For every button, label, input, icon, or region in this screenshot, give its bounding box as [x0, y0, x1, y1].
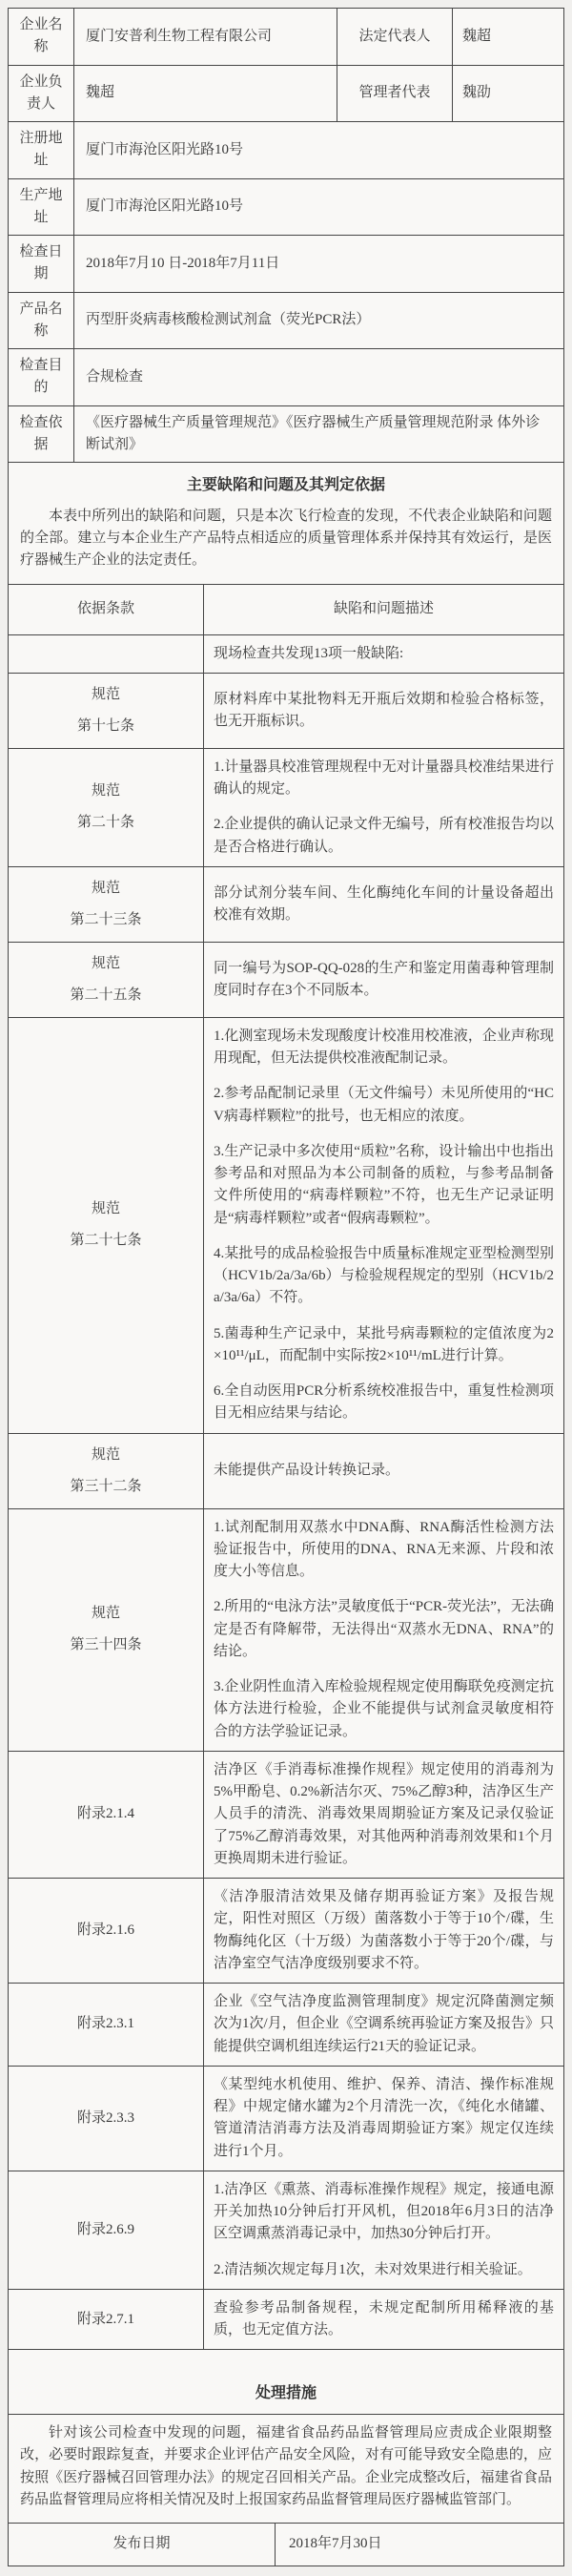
defect-row: 规范 第二十条1.计量器具校准管理规程中无对计量器具校准结果进行确认的规定。2.…: [9, 748, 564, 866]
actions-section: 处理措施 针对该公司检查中发现的问题，福建省食品药品监督管理局应责成企业限期整改…: [8, 2349, 564, 2524]
defect-item: 6.全自动医用PCR分析系统校准报告中，重复性检测项目无相应结果与结论。: [214, 1381, 554, 1425]
clause-cell: 规范 第二十五条: [9, 942, 204, 1017]
clause-cell: 规范 第二十七条: [9, 1017, 204, 1433]
defect-description-cell: 未能提供产品设计转换记录。: [204, 1433, 564, 1508]
info-row: 检查日期2018年7月10 日-2018年7月11日: [9, 236, 564, 293]
info-row: 检查目的合规检查: [9, 349, 564, 406]
defect-item: 部分试剂分装车间、生化酶纯化车间的计量设备超出校准有效期。: [214, 883, 554, 927]
defect-row: 规范 第二十七条1.化测室现场未发现酸度计校准用校准液，企业声称现用现配，但无法…: [9, 1017, 564, 1433]
publish-date-value: 2018年7月30日: [276, 2524, 564, 2566]
info-label: 管理者代表: [337, 65, 453, 122]
defects-section-title: 主要缺陷和问题及其判定依据: [20, 474, 552, 498]
defect-description-cell: 企业《空气洁净度监测管理制度》规定沉降菌测定频次为1次/月，但企业《空调系统再验…: [204, 1984, 564, 2067]
info-label: 检查日期: [9, 236, 74, 293]
defect-description-cell: 1.计量器具校准管理规程中无对计量器具校准结果进行确认的规定。2.企业提供的确认…: [204, 748, 564, 866]
clause-cell: 附录2.7.1: [9, 2289, 204, 2350]
defect-item: 1.试剂配制用双蒸水中DNA酶、RNA酶活性检测方法验证报告中，所使用的DNA、…: [214, 1517, 554, 1584]
clause-cell: 规范 第三十二条: [9, 1433, 204, 1508]
info-row: 生产地址厦门市海沧区阳光路10号: [9, 178, 564, 236]
clause-cell: [9, 634, 204, 673]
info-value: 2018年7月10 日-2018年7月11日: [74, 236, 564, 293]
info-value: 厦门市海沧区阳光路10号: [74, 122, 564, 179]
page: 企业名称厦门安普利生物工程有限公司法定代表人魏超企业负责人魏超管理者代表魏劭注册…: [0, 0, 572, 2576]
defect-item: 企业《空气洁净度监测管理制度》规定沉降菌测定频次为1次/月，但企业《空调系统再验…: [214, 1991, 554, 2058]
publish-date-label: 发布日期: [9, 2524, 276, 2566]
info-value: 厦门市海沧区阳光路10号: [74, 178, 564, 236]
defect-item: 2.参考品配制记录里（无文件编号）未见所使用的“HCV病毒样颗粒”的批号，也无相…: [214, 1083, 554, 1128]
enterprise-info-body: 企业名称厦门安普利生物工程有限公司法定代表人魏超企业负责人魏超管理者代表魏劭注册…: [9, 9, 564, 463]
info-value: 魏劭: [453, 65, 564, 122]
info-row: 注册地址厦门市海沧区阳光路10号: [9, 122, 564, 179]
clause-cell: 规范 第十七条: [9, 673, 204, 748]
clause-cell: 规范 第二十三条: [9, 866, 204, 942]
defect-description-cell: 原材料库中某批物料无开瓶后效期和检验合格标签，也无开瓶标识。: [204, 673, 564, 748]
defect-row: 规范 第三十二条未能提供产品设计转换记录。: [9, 1433, 564, 1508]
info-label: 企业名称: [9, 9, 74, 66]
enterprise-info-table: 企业名称厦门安普利生物工程有限公司法定代表人魏超企业负责人魏超管理者代表魏劭注册…: [8, 8, 564, 463]
clause-cell: 附录2.6.9: [9, 2171, 204, 2289]
defect-row: 附录2.1.6《洁净服清洁效果及储存期再验证方案》及报告规定，阳性对照区（万级）…: [9, 1879, 564, 1984]
defect-row: 规范 第三十四条1.试剂配制用双蒸水中DNA酶、RNA酶活性检测方法验证报告中，…: [9, 1508, 564, 1751]
clause-cell: 规范 第二十条: [9, 748, 204, 866]
defect-description-cell: 部分试剂分装车间、生化酶纯化车间的计量设备超出校准有效期。: [204, 866, 564, 942]
defect-description-cell: 同一编号为SOP-QQ-028的生产和鉴定用菌毒种管理制度同时存在3个不同版本。: [204, 942, 564, 1017]
description-column-header: 缺陷和问题描述: [204, 584, 564, 634]
defect-item: 现场检查共发现13项一般缺陷:: [214, 643, 554, 665]
info-row: 产品名称丙型肝炎病毒核酸检测试剂盒（荧光PCR法）: [9, 292, 564, 349]
defect-description-cell: 洁净区《手消毒标准操作规程》规定使用的消毒剂为5%甲酚皂、0.2%新洁尔灭、75…: [204, 1751, 564, 1878]
defect-row: 规范 第十七条原材料库中某批物料无开瓶后效期和检验合格标签，也无开瓶标识。: [9, 673, 564, 748]
defect-item: 1.洁净区《熏蒸、消毒标准操作规程》规定，接通电源开关加热10分钟后打开风机，但…: [214, 2179, 554, 2246]
clause-cell: 附录2.3.3: [9, 2066, 204, 2171]
actions-body-row: 针对该公司检查中发现的问题，福建省食品药品监督管理局应责成企业限期整改，必要时跟…: [9, 2415, 564, 2524]
defect-row: 附录2.1.4洁净区《手消毒标准操作规程》规定使用的消毒剂为5%甲酚皂、0.2%…: [9, 1751, 564, 1878]
clause-cell: 附录2.1.4: [9, 1751, 204, 1878]
defect-description-cell: 《洁净服清洁效果及储存期再验证方案》及报告规定，阳性对照区（万级）菌落数小于等于…: [204, 1879, 564, 1984]
info-label: 生产地址: [9, 178, 74, 236]
info-row: 企业负责人魏超管理者代表魏劭: [9, 65, 564, 122]
info-label: 产品名称: [9, 292, 74, 349]
defect-row: 附录2.6.91.洁净区《熏蒸、消毒标准操作规程》规定，接通电源开关加热10分钟…: [9, 2171, 564, 2289]
defect-row: 现场检查共发现13项一般缺陷:: [9, 634, 564, 673]
info-value: 《医疗器械生产质量管理规范》《医疗器械生产质量管理规范附录 体外诊断试剂》: [74, 405, 564, 463]
info-value: 魏超: [453, 9, 564, 66]
clause-column-header: 依据条款: [9, 584, 204, 634]
defect-description-cell: 1.洁净区《熏蒸、消毒标准操作规程》规定，接通电源开关加热10分钟后打开风机，但…: [204, 2171, 564, 2289]
actions-title-cell: 处理措施: [9, 2350, 564, 2415]
defect-row: 附录2.3.1企业《空气洁净度监测管理制度》规定沉降菌测定频次为1次/月，但企业…: [9, 1984, 564, 2067]
actions-section-title: 处理措施: [20, 2382, 552, 2406]
defect-item: 《某型纯水机使用、维护、保养、清洁、操作标准规程》中规定储水罐为2个月清洗一次，…: [214, 2074, 554, 2163]
actions-title-row: 处理措施: [9, 2350, 564, 2415]
publish-date-row: 发布日期 2018年7月30日: [9, 2524, 564, 2566]
info-label: 注册地址: [9, 122, 74, 179]
defects-table: 依据条款 缺陷和问题描述 现场检查共发现13项一般缺陷:规范 第十七条原材料库中…: [8, 584, 564, 2351]
info-label: 企业负责人: [9, 65, 74, 122]
defect-item: 未能提供产品设计转换记录。: [214, 1460, 554, 1482]
defects-header-cell: 主要缺陷和问题及其判定依据 本表中所列出的缺陷和问题，只是本次飞行检查的发现，不…: [9, 463, 564, 585]
defect-row: 规范 第二十三条部分试剂分装车间、生化酶纯化车间的计量设备超出校准有效期。: [9, 866, 564, 942]
inspection-report-document: 企业名称厦门安普利生物工程有限公司法定代表人魏超企业负责人魏超管理者代表魏劭注册…: [8, 8, 564, 2566]
info-label: 检查目的: [9, 349, 74, 406]
clause-cell: 附录2.1.6: [9, 1879, 204, 1984]
defect-item: 原材料库中某批物料无开瓶后效期和检验合格标签，也无开瓶标识。: [214, 689, 554, 734]
info-value: 魏超: [74, 65, 337, 122]
actions-section-body: 针对该公司检查中发现的问题，福建省食品药品监督管理局应责成企业限期整改，必要时跟…: [20, 2422, 552, 2511]
publish-date-table: 发布日期 2018年7月30日: [8, 2523, 564, 2566]
defect-item: 1.计量器具校准管理规程中无对计量器具校准结果进行确认的规定。: [214, 757, 554, 801]
defect-description-cell: 《某型纯水机使用、维护、保养、清洁、操作标准规程》中规定储水罐为2个月清洗一次，…: [204, 2066, 564, 2171]
info-value: 丙型肝炎病毒核酸检测试剂盒（荧光PCR法）: [74, 292, 564, 349]
info-value: 合规检查: [74, 349, 564, 406]
defects-section-header: 主要缺陷和问题及其判定依据 本表中所列出的缺陷和问题，只是本次飞行检查的发现，不…: [8, 462, 564, 585]
clause-cell: 规范 第三十四条: [9, 1508, 204, 1751]
info-label: 法定代表人: [337, 9, 453, 66]
info-row: 检查依据《医疗器械生产质量管理规范》《医疗器械生产质量管理规范附录 体外诊断试剂…: [9, 405, 564, 463]
defect-item: 1.化测室现场未发现酸度计校准用校准液，企业声称现用现配，但无法提供校准液配制记…: [214, 1026, 554, 1070]
defect-item: 3.企业阴性血清入库检验规程规定使用酶联免疫测定抗体方法进行检验，企业不能提供与…: [214, 1676, 554, 1743]
defects-header-row: 主要缺陷和问题及其判定依据 本表中所列出的缺陷和问题，只是本次飞行检查的发现，不…: [9, 463, 564, 585]
defects-table-body: 现场检查共发现13项一般缺陷:规范 第十七条原材料库中某批物料无开瓶后效期和检验…: [9, 634, 564, 2350]
defect-item: 3.生产记录中多次使用“质粒”名称，设计输出中也指出参考品和对照品为本公司制备的…: [214, 1141, 554, 1230]
defect-description-cell: 现场检查共发现13项一般缺陷:: [204, 634, 564, 673]
defect-item: 《洁净服清洁效果及储存期再验证方案》及报告规定，阳性对照区（万级）菌落数小于等于…: [214, 1886, 554, 1975]
defect-item: 5.菌毒种生产记录中，某批号病毒颗粒的定值浓度为2×10¹¹/μL，而配制中实际…: [214, 1323, 554, 1368]
info-value: 厦门安普利生物工程有限公司: [74, 9, 337, 66]
actions-body-cell: 针对该公司检查中发现的问题，福建省食品药品监督管理局应责成企业限期整改，必要时跟…: [9, 2415, 564, 2524]
defect-row: 附录2.3.3《某型纯水机使用、维护、保养、清洁、操作标准规程》中规定储水罐为2…: [9, 2066, 564, 2171]
defect-row: 规范 第二十五条同一编号为SOP-QQ-028的生产和鉴定用菌毒种管理制度同时存…: [9, 942, 564, 1017]
info-row: 企业名称厦门安普利生物工程有限公司法定代表人魏超: [9, 9, 564, 66]
defect-item: 同一编号为SOP-QQ-028的生产和鉴定用菌毒种管理制度同时存在3个不同版本。: [214, 958, 554, 1003]
defect-description-cell: 1.试剂配制用双蒸水中DNA酶、RNA酶活性检测方法验证报告中，所使用的DNA、…: [204, 1508, 564, 1751]
defect-item: 查验参考品制备规程，未规定配制所用稀释液的基质，也无定值方法。: [214, 2297, 554, 2342]
defect-row: 附录2.7.1查验参考品制备规程，未规定配制所用稀释液的基质，也无定值方法。: [9, 2289, 564, 2350]
defects-section-intro: 本表中所列出的缺陷和问题，只是本次飞行检查的发现，不代表企业缺陷和问题的全部。建…: [20, 506, 552, 572]
defect-item: 洁净区《手消毒标准操作规程》规定使用的消毒剂为5%甲酚皂、0.2%新洁尔灭、75…: [214, 1759, 554, 1870]
defects-column-header-row: 依据条款 缺陷和问题描述: [9, 584, 564, 634]
clause-cell: 附录2.3.1: [9, 1984, 204, 2067]
info-label: 检查依据: [9, 405, 74, 463]
defect-description-cell: 1.化测室现场未发现酸度计校准用校准液，企业声称现用现配，但无法提供校准液配制记…: [204, 1017, 564, 1433]
defect-item: 2.所用的“电泳方法”灵敏度低于“PCR-荧光法”，无法确定是否有降解带，无法得…: [214, 1596, 554, 1663]
defect-item: 2.清洁频次规定每月1次，未对效果进行相关验证。: [214, 2259, 554, 2281]
defect-item: 2.企业提供的确认记录文件无编号，所有校准报告均以是否合格进行确认。: [214, 814, 554, 859]
defect-item: 4.某批号的成品检验报告中质量标准规定亚型检测型别（HCV1b/2a/3a/6b…: [214, 1243, 554, 1310]
defect-description-cell: 查验参考品制备规程，未规定配制所用稀释液的基质，也无定值方法。: [204, 2289, 564, 2350]
